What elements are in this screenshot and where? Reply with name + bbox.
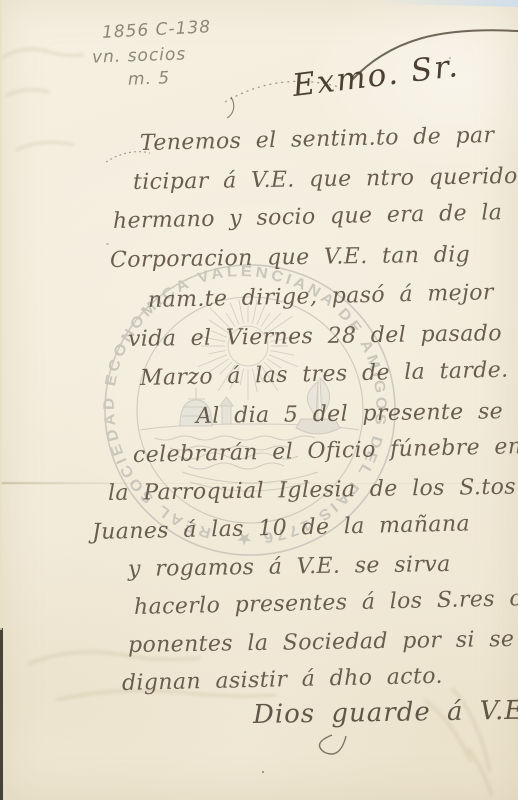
paper-speck (262, 771, 264, 773)
scan-edge-dark (0, 628, 3, 800)
letter-line: hermano y socio que era de la (113, 200, 503, 234)
letter-line: dignan asistir á dho acto. (122, 664, 443, 696)
scanned-letter-page: REAL SOCIEDAD ECONOMICA VALENCIANA DE AM… (0, 0, 518, 800)
archival-note-2: m. 5 (128, 68, 171, 89)
scanner-background-sliver (368, 0, 518, 7)
letter-line: Tenemos el sentim.to de par (140, 123, 495, 156)
letter-line: y rogamos á V.E. se sirva (128, 552, 451, 582)
letter-line: ponentes la Sociedad por si se (128, 627, 515, 658)
letter-line: Al dia 5 del presente se (196, 399, 503, 429)
salutation-curl (227, 97, 234, 118)
scan-edge-light (0, 0, 2, 630)
salutation: Exmo. Sr. (290, 48, 461, 104)
letter-line: la Parroquial Iglesia de los S.tos (108, 475, 516, 506)
archival-catalog-number: 1856 C-138 (102, 17, 212, 43)
archival-note: vn. socios (92, 44, 187, 67)
letter-line: hacerlo presentes á los S.res com (134, 585, 518, 620)
letter-line: Corporacion que V.E. tan dig (110, 242, 471, 273)
letter-line: ticipar á V.E. que ntro querido (133, 164, 518, 195)
closing-descender-loop (320, 735, 347, 754)
letter-line: vida el Viernes 28 del pasado (128, 321, 502, 352)
paper-speck (106, 243, 109, 245)
letter-closing-line: Dios guarde á V.E. (253, 696, 518, 730)
paper-speck (449, 57, 451, 59)
